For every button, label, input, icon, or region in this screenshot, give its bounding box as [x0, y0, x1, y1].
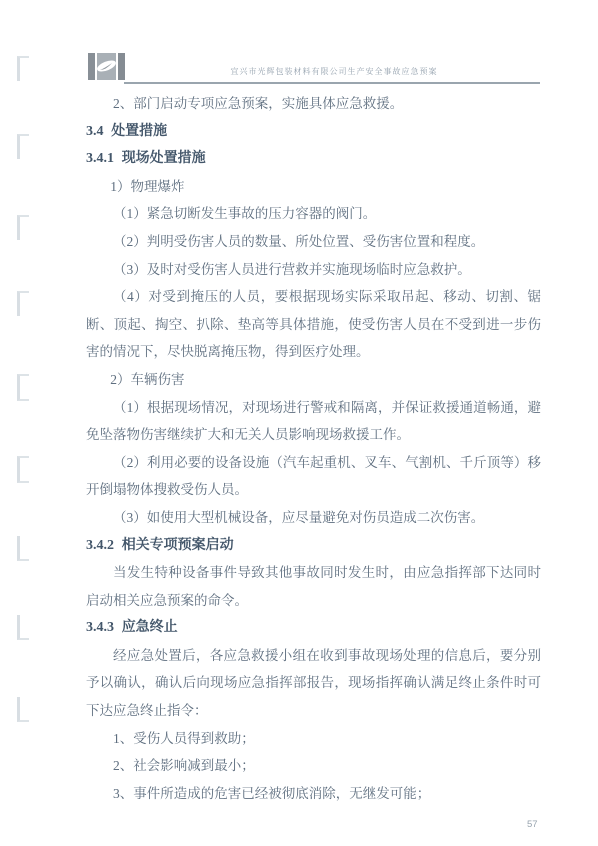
- section-3-4-2-heading: 3.4.2相关专项预案启动: [86, 532, 541, 560]
- page-number: 57: [527, 819, 538, 830]
- list-item: （3）及时对受伤害人员进行营救并实施现场临时应急救护。: [86, 256, 541, 284]
- list-item: （1）紧急切断发生事故的压力容器的阀门。: [86, 200, 541, 228]
- section-number: 3.4.2: [86, 538, 114, 553]
- section-number: 3.4.1: [86, 151, 114, 166]
- binding-mark: [17, 374, 29, 401]
- binding-mark: [17, 56, 29, 81]
- section-number: 3.4: [86, 124, 104, 139]
- binding-mark: [17, 615, 29, 640]
- list-item: 2、社会影响减到最小；: [86, 752, 541, 780]
- company-logo-icon: [88, 53, 125, 85]
- list-item: （2）利用必要的设备设施（汽车起重机、叉车、气割机、千斤顶等）移开倒塌物体搜救受…: [86, 449, 541, 504]
- section-title: 应急终止: [122, 620, 178, 635]
- list-item: 1、受伤人员得到救助；: [86, 725, 541, 753]
- binding-mark: [17, 456, 29, 483]
- binding-mark: [17, 697, 29, 722]
- section-title: 相关专项预案启动: [122, 538, 234, 553]
- section-title: 处置措施: [111, 124, 167, 139]
- binding-mark: [17, 536, 29, 561]
- section-3-4-1-heading: 3.4.1现场处置措施: [86, 145, 541, 173]
- binding-mark: [17, 134, 29, 159]
- document-content: 2、部门启动专项应急预案，实施具体应急救援。 3.4处置措施 3.4.1现场处置…: [86, 90, 541, 807]
- list-item: （2）判明受伤害人员的数量、所处位置、受伤害位置和程度。: [86, 228, 541, 256]
- header-doc-title: 宜兴市光辉包装材料有限公司生产安全事故应急预案: [128, 66, 540, 77]
- list-item: 3、事件所造成的危害已经被彻底消除，无继发可能；: [86, 780, 541, 808]
- subsection-title-vehicle-injury: 2）车辆伤害: [86, 366, 541, 394]
- header-rule: [124, 82, 540, 84]
- subsection-title-physical-explosion: 1）物理爆炸: [86, 173, 541, 201]
- paragraph: 当发生特种设备事件导致其他事故同时发生时，由应急指挥部下达同时启动相关应急预案的…: [86, 559, 541, 614]
- list-item: （4）对受到掩压的人员，要根据现场实际采取吊起、移动、切割、锯断、顶起、掏空、扒…: [86, 283, 541, 366]
- paragraph: 经应急处置后，各应急救援小组在收到事故现场处理的信息后，要分别予以确认，确认后向…: [86, 642, 541, 725]
- document-page: 宜兴市光辉包装材料有限公司生产安全事故应急预案 2、部门启动专项应急预案，实施具…: [0, 0, 598, 846]
- section-3-4-heading: 3.4处置措施: [86, 118, 541, 146]
- section-title: 现场处置措施: [122, 151, 206, 166]
- binding-mark: [17, 291, 29, 316]
- section-3-4-3-heading: 3.4.3应急终止: [86, 614, 541, 642]
- binding-mark: [17, 215, 29, 240]
- list-item: （1）根据现场情况，对现场进行警戒和隔离，并保证救援通道畅通，避免坠落物伤害继续…: [86, 394, 541, 449]
- intro-line: 2、部门启动专项应急预案，实施具体应急救援。: [86, 90, 541, 118]
- list-item: （3）如使用大型机械设备，应尽量避免对伤员造成二次伤害。: [86, 504, 541, 532]
- section-number: 3.4.3: [86, 620, 114, 635]
